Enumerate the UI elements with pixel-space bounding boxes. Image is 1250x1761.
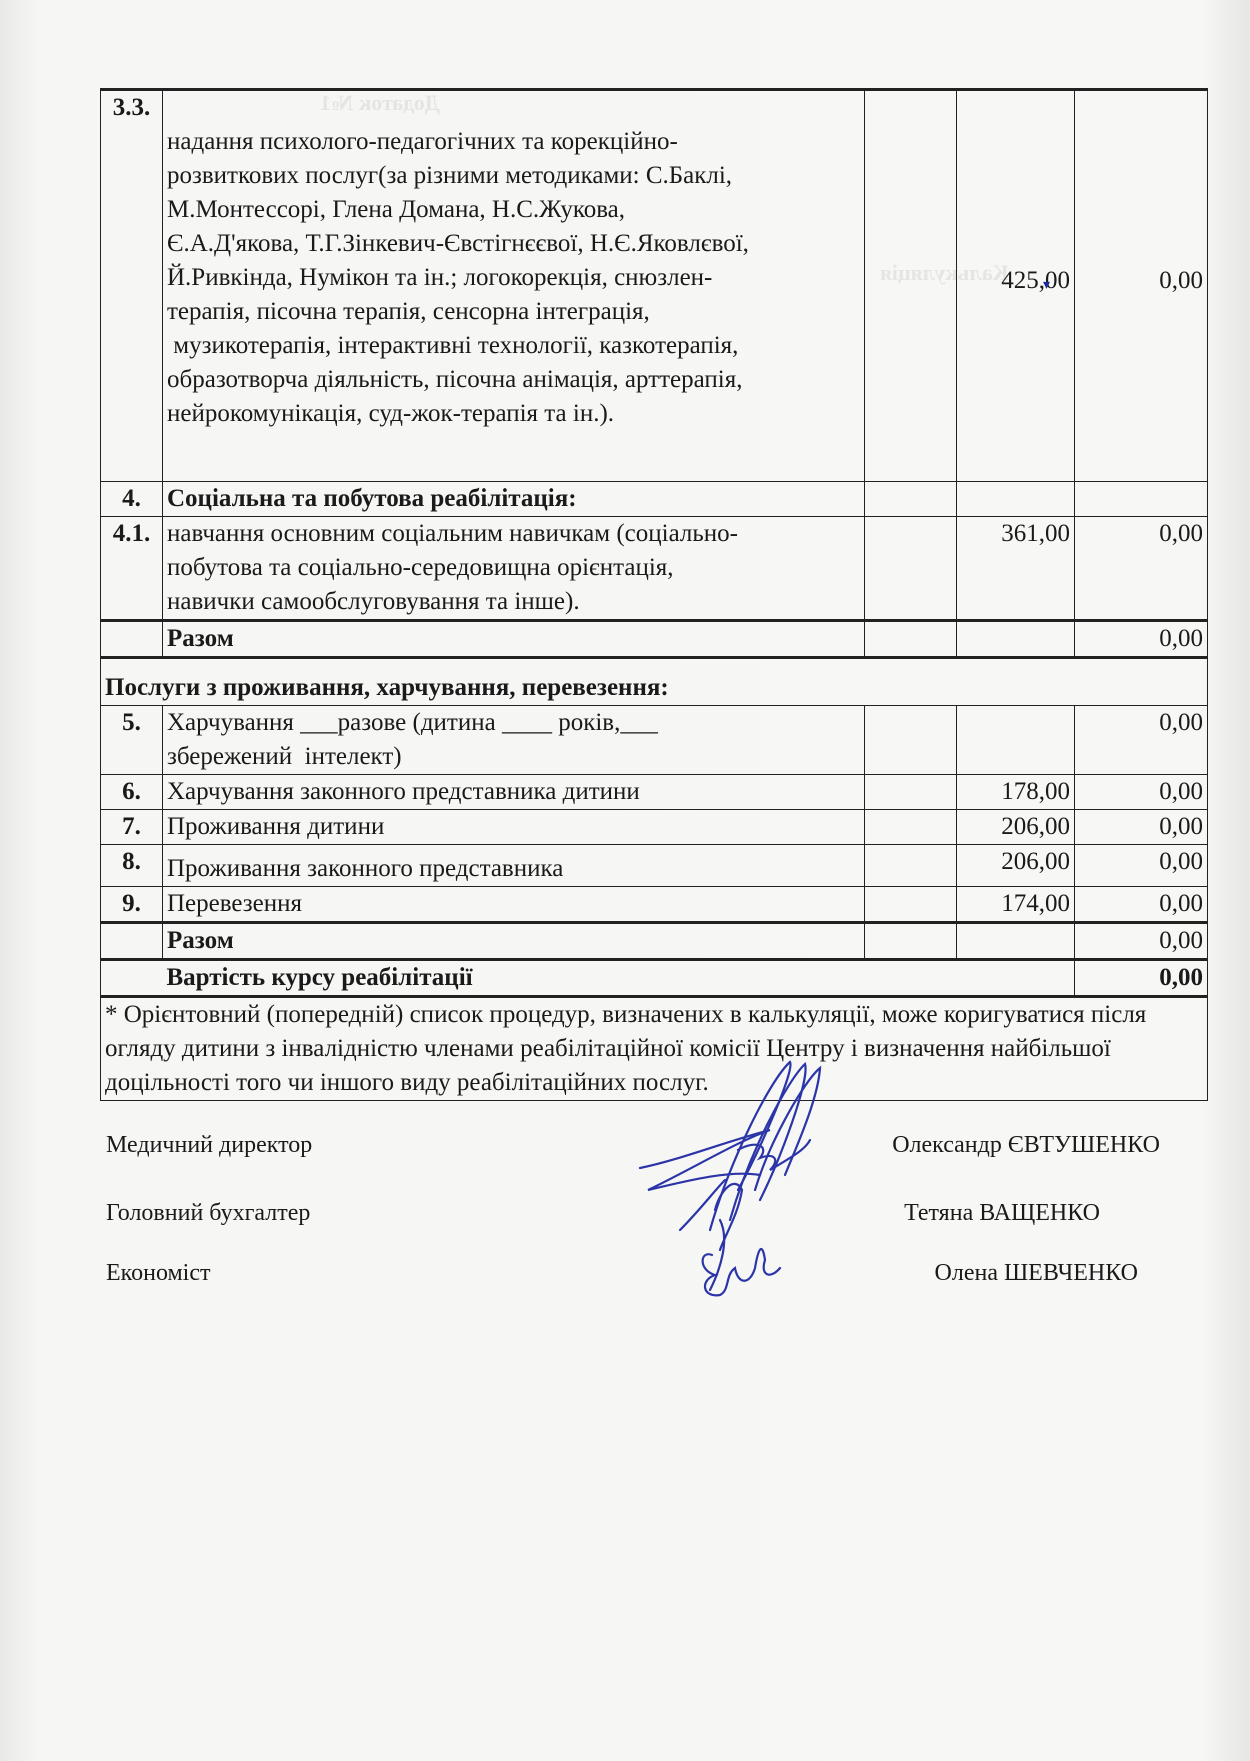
row-quantity xyxy=(865,845,957,887)
row-total: 0,00 xyxy=(1075,517,1208,621)
table-row-4-1: 4.1. навчання основним соціальним навичк… xyxy=(101,517,1208,621)
table-row-9: 9. Перевезення 174,00 0,00 xyxy=(101,887,1208,923)
row-quantity xyxy=(865,775,957,810)
course-total-label: Вартість курсу реабілітації xyxy=(163,960,1075,997)
row-total: 0,00 xyxy=(1075,775,1208,810)
section-row-services: Послуги з проживання, харчування, переве… xyxy=(101,658,1208,706)
row-price: 206,00 xyxy=(957,845,1075,887)
section-title: Послуги з проживання, харчування, переве… xyxy=(101,658,1208,706)
row-description: Харчування ___разове (дитина ____ років,… xyxy=(163,706,865,775)
row-total: 0,00 xyxy=(1075,706,1208,775)
subtotal-row: Разом 0,00 xyxy=(101,923,1208,960)
course-total-value: 0,00 xyxy=(1075,960,1208,997)
row-total: 0,00 xyxy=(1075,810,1208,845)
row-number: 9. xyxy=(101,887,163,923)
handwritten-signature-icon xyxy=(620,1040,840,1300)
signer-role: Головний бухгалтер xyxy=(106,1198,310,1228)
row-price: 425,00 xyxy=(957,90,1075,482)
row-price: 178,00 xyxy=(957,775,1075,810)
row-description: Перевезення xyxy=(163,887,865,923)
row-number: 4.1. xyxy=(101,517,163,621)
table-row-3-3: 3.3. надання психолого-педагогічних та к… xyxy=(101,90,1208,482)
row-quantity xyxy=(865,810,957,845)
section-title: Соціальна та побутова реабілітація: xyxy=(163,482,865,517)
row-price: 361,00 xyxy=(957,517,1075,621)
row-number: 5. xyxy=(101,706,163,775)
row-quantity xyxy=(865,887,957,923)
table-row-6: 6. Харчування законного представника дит… xyxy=(101,775,1208,810)
row-description: навчання основним соціальним навичкам (с… xyxy=(163,517,865,621)
section-row-4: 4. Соціальна та побутова реабілітація: xyxy=(101,482,1208,517)
row-number: 3.3. xyxy=(101,90,163,482)
subtotal-label: Разом xyxy=(163,923,865,960)
row-price: 174,00 xyxy=(957,887,1075,923)
calculation-table: 3.3. надання психолого-педагогічних та к… xyxy=(100,88,1208,1101)
subtotal-value: 0,00 xyxy=(1075,923,1208,960)
course-total-row: Вартість курсу реабілітації 0,00 xyxy=(101,960,1208,997)
row-description: надання психолого-педагогічних та корекц… xyxy=(163,90,865,482)
calculation-sheet: 3.3. надання психолого-педагогічних та к… xyxy=(100,88,1207,1101)
signer-role: Медичний директор xyxy=(106,1130,312,1160)
row-quantity xyxy=(865,517,957,621)
subtotal-label: Разом xyxy=(163,621,865,658)
row-number: 8. xyxy=(101,845,163,887)
row-quantity xyxy=(865,706,957,775)
row-number: 6. xyxy=(101,775,163,810)
section-number: 4. xyxy=(101,482,163,517)
ink-mark: ▾ xyxy=(1043,277,1050,294)
row-description: Проживання дитини xyxy=(163,810,865,845)
row-price: 206,00 xyxy=(957,810,1075,845)
signer-name: Олександр ЄВТУШЕНКО xyxy=(892,1130,1160,1160)
row-total: 0,00 xyxy=(1075,90,1208,482)
row-description: Харчування законного представника дитини xyxy=(163,775,865,810)
row-description: Проживання законного представника xyxy=(163,845,865,887)
signer-role: Економіст xyxy=(106,1258,210,1288)
row-total: 0,00 xyxy=(1075,887,1208,923)
subtotal-value: 0,00 xyxy=(1075,621,1208,658)
table-row-5: 5. Харчування ___разове (дитина ____ рок… xyxy=(101,706,1208,775)
row-total: 0,00 xyxy=(1075,845,1208,887)
table-row-7: 7. Проживання дитини 206,00 0,00 xyxy=(101,810,1208,845)
table-row-8: 8. Проживання законного представника 206… xyxy=(101,845,1208,887)
row-price xyxy=(957,706,1075,775)
row-quantity xyxy=(865,90,957,482)
signer-name: Олена ШЕВЧЕНКО xyxy=(935,1258,1138,1288)
subtotal-row: Разом 0,00 xyxy=(101,621,1208,658)
signer-name: Тетяна ВАЩЕНКО xyxy=(904,1198,1100,1228)
row-number: 7. xyxy=(101,810,163,845)
